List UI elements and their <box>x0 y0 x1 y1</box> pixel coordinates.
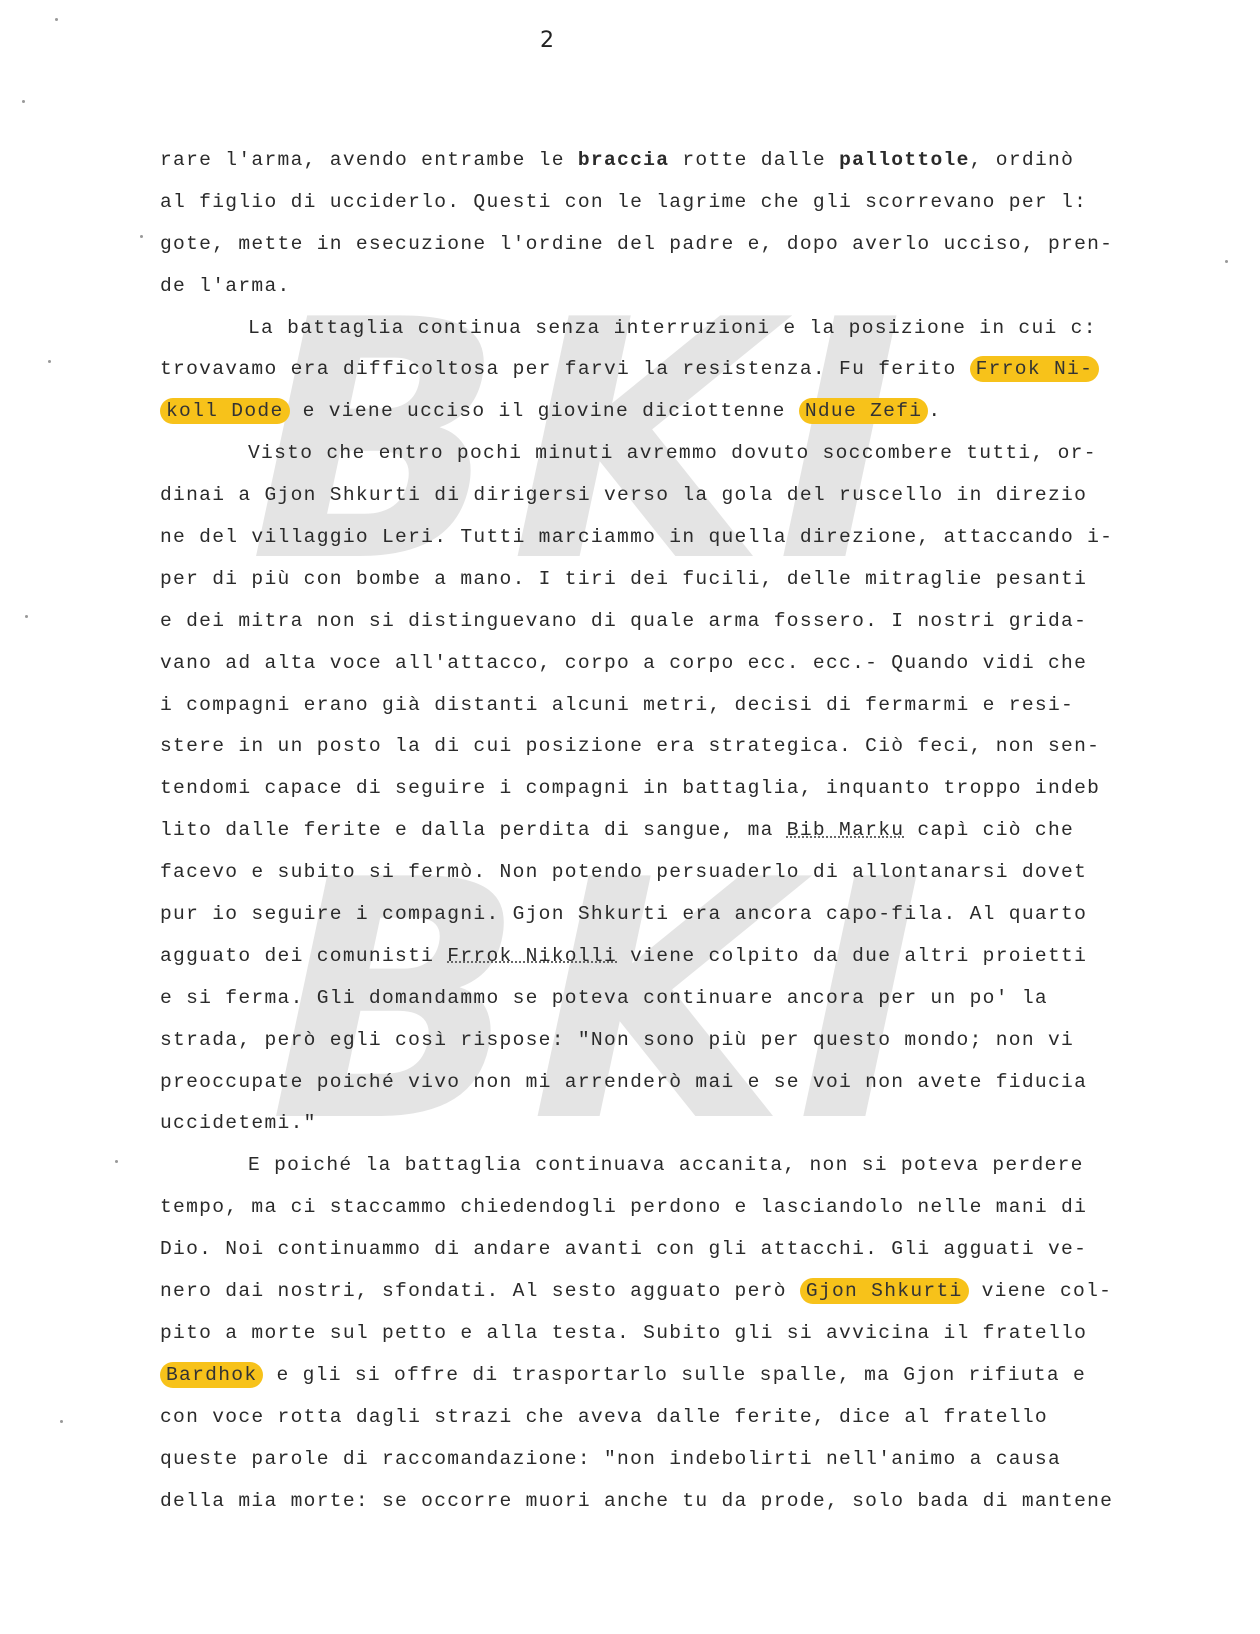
text-run: E poiché la battaglia continuava accanit… <box>248 1154 1084 1176</box>
text-run: strada, però egli così rispose: "Non son… <box>160 1029 1074 1051</box>
page-number: 2 <box>540 28 554 53</box>
text-run: e gli si offre di trasportarlo sulle spa… <box>263 1364 1086 1386</box>
text-run: ne del villaggio Leri. Tutti marciammo i… <box>160 526 1113 548</box>
text-run: preoccupate poiché vivo non mi arrenderò… <box>160 1071 1087 1093</box>
text-run: tempo, ma ci staccammo chiedendogli perd… <box>160 1196 1087 1218</box>
text-run: pito a morte sul petto e alla testa. Sub… <box>160 1322 1087 1344</box>
text-line: gote, mette in esecuzione l'ordine del p… <box>160 224 1220 266</box>
text-run: uccidetemi." <box>160 1112 317 1134</box>
text-run: pallottole <box>839 149 970 171</box>
text-run: lito dalle ferite e dalla perdita di san… <box>160 819 787 841</box>
text-line: agguato dei comunisti Frrok Nikolli vien… <box>160 936 1220 978</box>
text-run: facevo e subito si fermò. Non potendo pe… <box>160 861 1087 883</box>
text-run: nero dai nostri, sfondati. Al sesto aggu… <box>160 1280 800 1302</box>
text-line: tempo, ma ci staccammo chiedendogli perd… <box>160 1187 1220 1229</box>
text-line: pito a morte sul petto e alla testa. Sub… <box>160 1313 1220 1355</box>
text-run: con voce rotta dagli strazi che aveva da… <box>160 1406 1048 1428</box>
text-run: i compagni erano già distanti alcuni met… <box>160 694 1074 716</box>
text-line: i compagni erano già distanti alcuni met… <box>160 685 1220 727</box>
underlined-name: Bib Marku <box>787 819 905 841</box>
text-line: Dio. Noi continuammo di andare avanti co… <box>160 1229 1220 1271</box>
text-run: pur io seguire i compagni. Gjon Shkurti … <box>160 903 1087 925</box>
text-run: Visto che entro pochi minuti avremmo dov… <box>248 442 1097 464</box>
text-line: uccidetemi." <box>160 1103 1220 1145</box>
text-run: dinai a Gjon Shkurti di dirigersi verso … <box>160 484 1087 506</box>
text-line: E poiché la battaglia continuava accanit… <box>160 1145 1220 1187</box>
text-line: e si ferma. Gli domandammo se poteva con… <box>160 978 1220 1020</box>
text-line: vano ad alta voce all'attacco, corpo a c… <box>160 643 1220 685</box>
text-run: rare l'arma, avendo entrambe le <box>160 149 578 171</box>
text-line: ne del villaggio Leri. Tutti marciammo i… <box>160 517 1220 559</box>
text-line: pur io seguire i compagni. Gjon Shkurti … <box>160 894 1220 936</box>
text-run: al figlio di ucciderlo. Questi con le la… <box>160 191 1087 213</box>
text-run: tendomi capace di seguire i compagni in … <box>160 777 1100 799</box>
text-run: de l'arma. <box>160 275 291 297</box>
text-line: per di più con bombe a mano. I tiri dei … <box>160 559 1220 601</box>
text-line: Bardhok e gli si offre di trasportarlo s… <box>160 1355 1220 1397</box>
text-line: lito dalle ferite e dalla perdita di san… <box>160 810 1220 852</box>
text-line: e dei mitra non si distinguevano di qual… <box>160 601 1220 643</box>
text-line: rare l'arma, avendo entrambe le braccia … <box>160 140 1220 182</box>
text-line: con voce rotta dagli strazi che aveva da… <box>160 1397 1220 1439</box>
text-run: . <box>928 400 941 422</box>
text-run: e dei mitra non si distinguevano di qual… <box>160 610 1087 632</box>
text-run: rotte dalle <box>669 149 839 171</box>
highlighted-name: Bardhok <box>160 1362 263 1388</box>
text-run: capì ciò che <box>904 819 1074 841</box>
text-run: viene col- <box>969 1280 1113 1302</box>
text-run: e viene ucciso il giovine diciottenne <box>290 400 799 422</box>
text-line: koll Dode e viene ucciso il giovine dici… <box>160 391 1220 433</box>
text-line: della mia morte: se occorre muori anche … <box>160 1481 1220 1523</box>
highlighted-name: Gjon Shkurti <box>800 1278 969 1304</box>
text-run: queste parole di raccomandazione: "non i… <box>160 1448 1061 1470</box>
text-run: viene colpito da due altri proietti <box>617 945 1087 967</box>
text-line: facevo e subito si fermò. Non potendo pe… <box>160 852 1220 894</box>
text-run: , ordinò <box>970 149 1074 171</box>
text-line: preoccupate poiché vivo non mi arrenderò… <box>160 1062 1220 1104</box>
text-run: e si ferma. Gli domandammo se poteva con… <box>160 987 1048 1009</box>
text-run: trovavamo era difficoltosa per farvi la … <box>160 358 970 380</box>
underlined-name: Frrok Nikolli <box>447 945 617 967</box>
text-line: trovavamo era difficoltosa per farvi la … <box>160 349 1220 391</box>
text-run: della mia morte: se occorre muori anche … <box>160 1490 1113 1512</box>
text-line: al figlio di ucciderlo. Questi con le la… <box>160 182 1220 224</box>
text-line: dinai a Gjon Shkurti di dirigersi verso … <box>160 475 1220 517</box>
text-run: braccia <box>578 149 669 171</box>
text-run: Dio. Noi continuammo di andare avanti co… <box>160 1238 1087 1260</box>
text-run: agguato dei comunisti <box>160 945 447 967</box>
text-run: gote, mette in esecuzione l'ordine del p… <box>160 233 1113 255</box>
text-run: vano ad alta voce all'attacco, corpo a c… <box>160 652 1087 674</box>
highlighted-name: Ndue Zefi <box>799 398 929 424</box>
text-line: queste parole di raccomandazione: "non i… <box>160 1439 1220 1481</box>
text-run: stere in un posto la di cui posizione er… <box>160 735 1100 757</box>
text-line: La battaglia continua senza interruzioni… <box>160 308 1220 350</box>
highlighted-name: Frrok Ni- <box>970 356 1100 382</box>
text-run: per di più con bombe a mano. I tiri dei … <box>160 568 1087 590</box>
document-body: rare l'arma, avendo entrambe le braccia … <box>160 140 1220 1522</box>
text-line: Visto che entro pochi minuti avremmo dov… <box>160 433 1220 475</box>
highlighted-name: koll Dode <box>160 398 290 424</box>
text-line: strada, però egli così rispose: "Non son… <box>160 1020 1220 1062</box>
text-line: stere in un posto la di cui posizione er… <box>160 726 1220 768</box>
text-line: tendomi capace di seguire i compagni in … <box>160 768 1220 810</box>
text-line: nero dai nostri, sfondati. Al sesto aggu… <box>160 1271 1220 1313</box>
text-run: La battaglia continua senza interruzioni… <box>248 317 1097 339</box>
text-line: de l'arma. <box>160 266 1220 308</box>
